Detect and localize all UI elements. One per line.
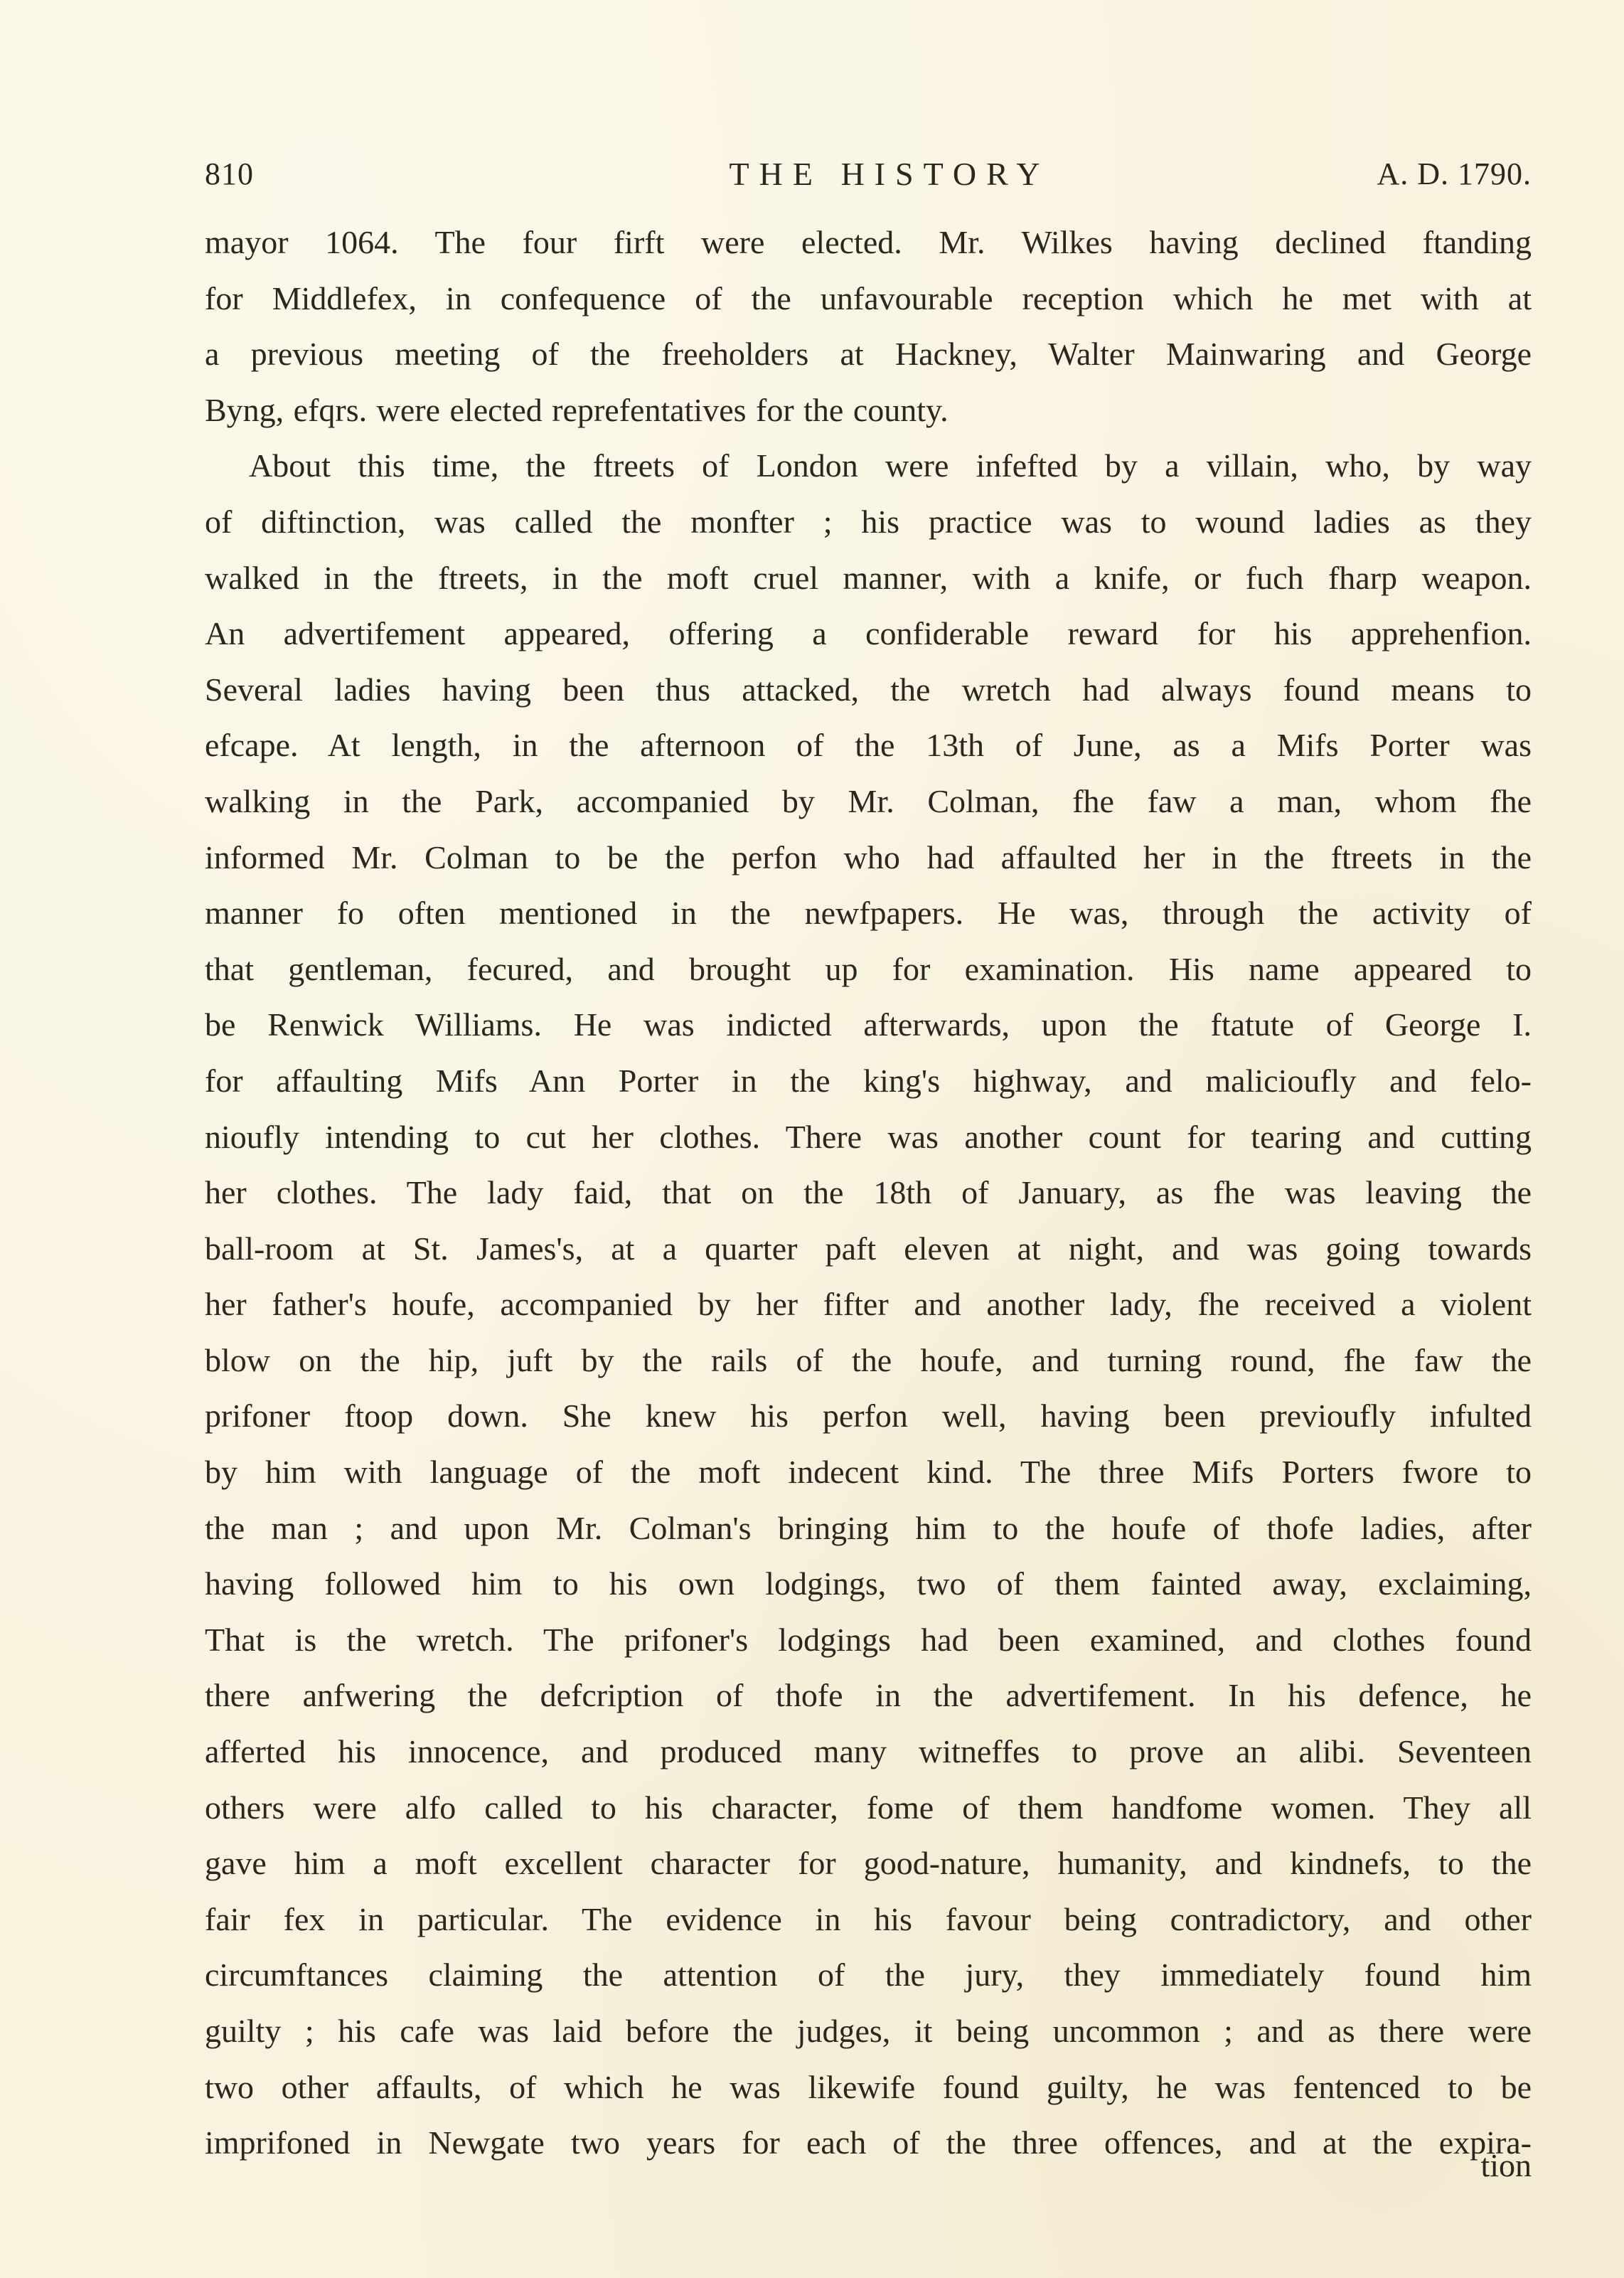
text-line: Byng, efqrs. were elected reprefentative… <box>205 383 1532 439</box>
text-line: walked in the ftreets, in the moft cruel… <box>205 550 1532 607</box>
text-line: mayor 1064. The four firft were elected.… <box>205 215 1532 271</box>
text-line: her father's houfe, accompanied by her f… <box>205 1277 1532 1333</box>
text-line: be Renwick Williams. He was indicted aft… <box>205 997 1532 1053</box>
running-head: 810 THE HISTORY A. D. 1790. <box>205 149 1532 199</box>
text-line: walking in the Park, accompanied by Mr. … <box>205 774 1532 830</box>
text-line: An advertifement appeared, offering a co… <box>205 606 1532 662</box>
text-line: for Middlefex, in confequence of the unf… <box>205 271 1532 327</box>
text-line: efcape. At length, in the afternoon of t… <box>205 718 1532 774</box>
body-text: mayor 1064. The four firft were elected.… <box>205 215 1532 2171</box>
text-line: having followed him to his own lodgings,… <box>205 1556 1532 1612</box>
paragraph: About this time, the ftreets of London w… <box>205 438 1532 2171</box>
text-line: the man ; and upon Mr. Colman's bringing… <box>205 1501 1532 1557</box>
text-line: ball-room at St. James's, at a quarter p… <box>205 1221 1532 1277</box>
text-line: blow on the hip, juft by the rails of th… <box>205 1333 1532 1389</box>
text-line: gave him a moft excellent character for … <box>205 1836 1532 1892</box>
text-line: That is the wretch. The prifoner's lodgi… <box>205 1612 1532 1668</box>
text-line: Several ladies having been thus attacked… <box>205 662 1532 718</box>
catchword: tion <box>1480 2141 1532 2191</box>
text-line: fair fex in particular. The evidence in … <box>205 1892 1532 1948</box>
text-line: of diftinction, was called the monfter ;… <box>205 494 1532 550</box>
text-line: others were alfo called to his character… <box>205 1780 1532 1836</box>
text-line: prifoner ftoop down. She knew his perfon… <box>205 1388 1532 1444</box>
text-line: that gentleman, fecured, and brought up … <box>205 942 1532 998</box>
text-line: guilty ; his cafe was laid before the ju… <box>205 2003 1532 2060</box>
text-line: informed Mr. Colman to be the perfon who… <box>205 830 1532 886</box>
text-line: two other affaults, of which he was like… <box>205 2060 1532 2116</box>
text-line: imprifoned in Newgate two years for each… <box>205 2115 1532 2171</box>
text-line: nioufly intending to cut her clothes. Th… <box>205 1109 1532 1166</box>
text-line: her clothes. The lady faid, that on the … <box>205 1165 1532 1221</box>
text-line: circumftances claiming the attention of … <box>205 1947 1532 2003</box>
text-line: manner fo often mentioned in the newfpap… <box>205 885 1532 942</box>
text-line: About this time, the ftreets of London w… <box>205 438 1532 494</box>
year-marker: A. D. 1790. <box>1377 149 1532 199</box>
text-line: afferted his innocence, and produced man… <box>205 1724 1532 1780</box>
running-title: THE HISTORY <box>205 149 1532 199</box>
book-page: 810 THE HISTORY A. D. 1790. mayor 1064. … <box>205 0 1532 2278</box>
text-line: there anfwering the defcription of thofe… <box>205 1668 1532 1724</box>
text-line: by him with language of the moft indecen… <box>205 1444 1532 1501</box>
text-line: for affaulting Mifs Ann Porter in the ki… <box>205 1053 1532 1109</box>
text-line: a previous meeting of the freeholders at… <box>205 326 1532 383</box>
paragraph: mayor 1064. The four firft were elected.… <box>205 215 1532 438</box>
